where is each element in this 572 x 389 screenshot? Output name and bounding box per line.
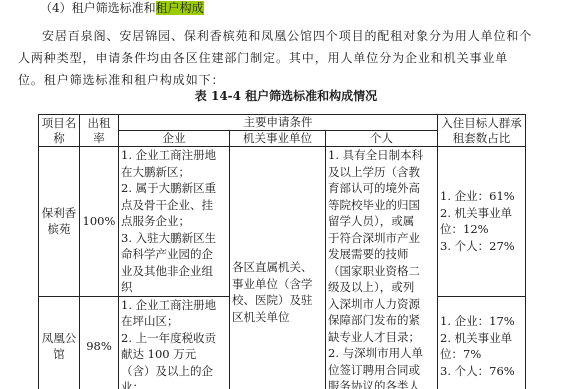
- ratio-cell: 1. 企业：17% 2. 机关事业单位：7% 3. 个人：76%: [438, 296, 526, 389]
- header-label: 入住目标人群承租套数占比: [441, 116, 522, 145]
- ratio-line: 2. 机关事业单位：12%: [440, 205, 523, 238]
- condition-line: 献达 100 万元: [121, 346, 227, 363]
- condition-line: 命科学产业园的企: [121, 246, 227, 263]
- condition-line: 发展需要的技师: [328, 246, 435, 263]
- header-main-conditions: 主要申请条件: [119, 115, 438, 131]
- condition-line: 1. 具有全日制本科: [328, 147, 435, 164]
- rental-rate-cell: 100%: [80, 147, 119, 297]
- condition-line: 在大鹏新区；: [121, 164, 227, 181]
- condition-line: 缺专业人才目录；: [328, 329, 435, 346]
- condition-line: 位签订聘用合同或: [328, 362, 435, 379]
- enterprise-conditions-cell: 1. 企业工商注册地 在坪山区； 2. 上一年度税收贡 献达 100 万元 （含…: [119, 296, 230, 389]
- ratio-line: 3. 个人：76%: [440, 363, 523, 380]
- condition-line: 业及其他非企业组: [121, 263, 227, 280]
- condition-line: 1. 企业工商注册地: [121, 297, 227, 314]
- condition-line: 2. 与深圳市用人单: [328, 345, 435, 362]
- condition-line: 点及骨干企业、挂: [121, 197, 227, 214]
- table-row: 保利香槟苑 100% 1. 企业工商注册地 在大鹏新区； 2. 属于大鹏新区重 …: [39, 147, 526, 297]
- project-name-cell: 保利香槟苑: [39, 147, 80, 297]
- highlighted-text: 租户构成: [156, 1, 204, 15]
- condition-line: 业；: [121, 379, 227, 389]
- condition-line: 育部认可的境外高: [328, 180, 435, 197]
- header-individual: 个人: [326, 131, 438, 147]
- condition-line: 2. 上一年度税收贡: [121, 330, 227, 347]
- condition-line: 2. 属于大鹏新区重: [121, 180, 227, 197]
- header-enterprise: 企业: [119, 131, 230, 147]
- rental-rate-cell: 98%: [80, 296, 119, 389]
- ratio-line: 3. 个人：27%: [440, 238, 523, 255]
- institution-conditions-cell: 各区直属机关、事业单位（含学校、医院）及驻区机关单位: [230, 147, 326, 389]
- condition-line: 在坪山区；: [121, 313, 227, 330]
- condition-line: 及以上学历（含教: [328, 164, 435, 181]
- condition-line: 保障部门发布的紧: [328, 312, 435, 329]
- header-rental-rate: 出租率: [80, 115, 119, 147]
- header-label: 出租率: [88, 116, 111, 145]
- individual-conditions-cell: 1. 具有全日制本科 及以上学历（含教 育部认可的境外高 等院校毕业的归国 留学…: [326, 147, 438, 389]
- condition-line: 点服务企业；: [121, 213, 227, 230]
- condition-line: 织: [121, 279, 227, 296]
- condition-line: 服务协议的各类人: [328, 378, 435, 389]
- condition-line: 于符合深圳市产业: [328, 230, 435, 247]
- body-paragraph: 安居百泉阁、安居锦园、保利香槟苑和凤凰公馆四个项目的配租对象分为用人单位和个人两…: [18, 25, 533, 91]
- heading-text: （4）租户筛选标准和: [40, 1, 156, 15]
- condition-line: 1. 企业工商注册地: [121, 147, 227, 164]
- condition-line: （国家职业资格二: [328, 263, 435, 280]
- header-institution: 机关事业单位: [230, 131, 326, 147]
- table-caption: 表 14-4 租户筛选标准和构成情况: [0, 88, 572, 104]
- ratio-line: 1. 企业：61%: [440, 188, 523, 205]
- project-name-cell: 凤凰公馆: [39, 296, 80, 389]
- header-project-name: 项目名称: [39, 115, 80, 147]
- ratio-line: 1. 企业：17%: [440, 313, 523, 330]
- condition-line: 留学人员），或属: [328, 213, 435, 230]
- header-ratio: 入住目标人群承租套数占比: [438, 115, 526, 147]
- ratio-cell: 1. 企业：61% 2. 机关事业单位：12% 3. 个人：27%: [438, 147, 526, 297]
- tenant-criteria-table: 项目名称 出租率 主要申请条件 入住目标人群承租套数占比 企业 机关事业单位 个…: [38, 114, 526, 389]
- header-label: 项目名称: [42, 116, 77, 145]
- condition-line: 3. 入驻大鹏新区生: [121, 230, 227, 247]
- institution-conditions-text: 各区直属机关、事业单位（含学校、医院）及驻区机关单位: [232, 260, 313, 324]
- condition-line: （含）及以上的企: [121, 363, 227, 380]
- enterprise-conditions-cell: 1. 企业工商注册地 在大鹏新区； 2. 属于大鹏新区重 点及骨干企业、挂 点服…: [119, 147, 230, 297]
- condition-line: 等院校毕业的归国: [328, 197, 435, 214]
- condition-line: 级及以上），或列: [328, 279, 435, 296]
- section-heading: （4）租户筛选标准和租户构成: [40, 0, 204, 16]
- ratio-line: 2. 机关事业单位：7%: [440, 330, 523, 363]
- condition-line: 入深圳市人力资源: [328, 296, 435, 313]
